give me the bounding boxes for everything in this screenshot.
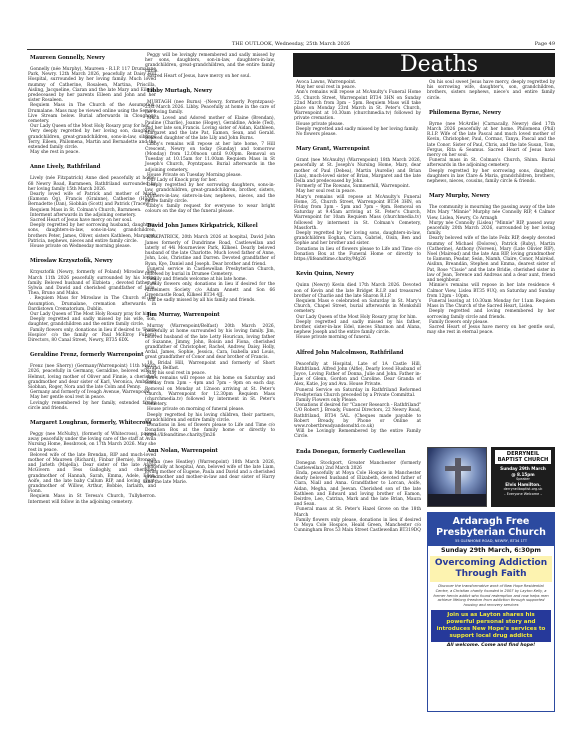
obituary-text: Mary's remains will repose at McAnulty's… bbox=[294, 195, 421, 231]
obituary-margaret-loughran: Margaret Loughran, formerly, Whitecross … bbox=[28, 420, 156, 505]
obituary-text: Requiem Mass in The Church of the Assump… bbox=[28, 103, 156, 124]
event-date: Sunday 29th March, 6:30pm bbox=[428, 546, 554, 556]
obituary-text: Very deeply regretted by her loving son,… bbox=[28, 129, 156, 150]
obituary-title: Mary Murphy, Newry bbox=[429, 193, 555, 199]
obituary-ann-nolan: Ann Nolan, Warrenpoint Nolan (nee Heatle… bbox=[145, 448, 275, 486]
obituary-text: Ann's remains will repose at McAnulty's … bbox=[294, 90, 421, 121]
obituary-mary-murphy: Mary Murphy, Newry The community is mour… bbox=[427, 193, 555, 335]
obituary-text: Funeral mass at St. Peter's Hazel Grove … bbox=[294, 507, 421, 517]
masthead: THE OUTLOOK, Wednesday, 25th March 2026 bbox=[27, 41, 555, 47]
event-description: Discover the transformative work of New … bbox=[428, 582, 554, 610]
obituary-text: No flowers please. bbox=[294, 132, 421, 137]
obituary-text: KIRKPATRICK, 20th March 2026 at hospital… bbox=[145, 235, 275, 266]
church-name: Ardaragh Free Presbyterian Church bbox=[428, 516, 554, 538]
obituary-text: On his soul sweet Jesus have mercy, deep… bbox=[427, 80, 555, 101]
obituary-text: Funeral Service on Saturday in Rathfrila… bbox=[294, 388, 421, 398]
obituary-title: Kevin Quinn, Newry bbox=[296, 271, 421, 277]
event-footer: All welcome. Come and find hope! bbox=[428, 642, 554, 650]
obituary-title: Geraldine Frenz, formerly Warrenpoint bbox=[30, 352, 156, 358]
obituary-text: Family flowers only, donations in lieu i… bbox=[28, 328, 156, 344]
obituary-text: Donations in lieu of flowers please to L… bbox=[145, 423, 275, 439]
obituary-text: Donations if desired for "Cancer Researc… bbox=[294, 403, 421, 429]
obituary-text: Sacred Heart of Jesus have mercy on her … bbox=[427, 325, 555, 335]
derryneil-baptist-ad: DERRYNEIL BAPTIST CHURCH Sunday 29th Mar… bbox=[491, 447, 555, 507]
obituary-text: May she rest in peace. bbox=[28, 150, 156, 155]
event-callout: Join us as Layton shares his powerful pe… bbox=[431, 610, 551, 642]
obituary-text: MURTAGH (nee Burns) -(Newry, formerly Po… bbox=[145, 100, 275, 116]
obituary-text: House private on Wednesday morning pleas… bbox=[28, 244, 156, 249]
obituary-title: Philomena Byrne, Newry bbox=[429, 110, 555, 116]
obituary-text: Enda, peacefully at Moya Cole Hospice in… bbox=[294, 471, 421, 507]
column-2: Peggy will be lovingly remembered and sa… bbox=[145, 53, 275, 495]
obituary-text: Krzysztofik (Newry, formerly of Poland) … bbox=[28, 270, 156, 296]
obituary-text: Donations in lieu of flowers please to L… bbox=[294, 247, 421, 263]
obituary-text: Sacred Heart of Jesus, have mercy on her… bbox=[145, 74, 275, 79]
obituary-text: Deeply regretted by her loving sons, dau… bbox=[294, 231, 421, 247]
obituary-title: Mary Grant, Warrenpoint bbox=[296, 146, 421, 152]
obituary-text: Deeply regretted by her sorrowing sons, … bbox=[427, 169, 555, 185]
obituary-text: Our Lady Queen of the Most Holy Rosary p… bbox=[294, 315, 421, 320]
obituary-text: Nolan (nee Heatley) (Warrenpoint) 18th M… bbox=[145, 460, 275, 486]
obituary-text: Funeral leaving at 10:30am Monday for 11… bbox=[427, 299, 555, 309]
ad-header-band: Ardaragh Free Presbyterian Church 55 GLE… bbox=[428, 513, 554, 546]
obituary-kevin-quinn: Kevin Quinn, Newry Quinn (Newry) Kevin d… bbox=[294, 271, 421, 340]
obituary-text: Requiem Mass e celebrated on Saturday in… bbox=[294, 299, 421, 315]
cross-image bbox=[427, 447, 487, 507]
obituary-title: Jim Murray, Warrenpoint bbox=[147, 312, 275, 318]
obituary-text: Peacefully at Hospital, Late of 1A Castl… bbox=[294, 362, 421, 388]
ad-title: DERRYNEIL BAPTIST CHURCH bbox=[495, 450, 551, 464]
column-1: Maureen Gonnelly, Newry Gonnelly (née Mu… bbox=[28, 53, 156, 514]
obituary-text: Deeply regretted and sadly missed by his… bbox=[28, 317, 156, 327]
obituary-text: Peggy will be lovingly remembered and sa… bbox=[145, 53, 275, 74]
obituary-alfred-malcolmson: Alfred John Malcolmson, Rathfriland Peac… bbox=[294, 350, 421, 440]
obituary-text: Requiem Mass in St Teresa's Church, Tull… bbox=[28, 494, 156, 504]
obituary-text: Funeral service in Castlewellan Presbyte… bbox=[145, 267, 275, 277]
page-header: THE OUTLOOK, Wednesday, 25th March 2026 … bbox=[27, 40, 555, 50]
obituary-title: Miroslaw Krzysztofik, Newry bbox=[30, 258, 156, 264]
obituary-text: Minnie's remains will repose in her late… bbox=[427, 283, 555, 299]
obituary-title: Enda Donegan, formerly Castlewellan bbox=[296, 449, 421, 455]
obituary-text: Peggy (nee McNulty), (formerly of Whitec… bbox=[28, 432, 156, 453]
obituary-text: Deeply regretted by her sorrowing husban… bbox=[28, 223, 156, 244]
obituary-jim-murray: Jim Murray, Warrenpoint Murray (Warrenpo… bbox=[145, 312, 275, 438]
obituary-philomena-byrne: Philomena Byrne, Newry Byrne (nee McArdl… bbox=[427, 110, 555, 184]
cross-arm bbox=[445, 466, 471, 471]
obituary-text: Deeply regretted by his loving children,… bbox=[145, 413, 275, 423]
obituary-text: Libby's family request for everyone to w… bbox=[145, 204, 275, 214]
obituary-text: Jim's remains will repose at his home on… bbox=[145, 376, 275, 407]
obituary-title: David John James Kirkpatrick, Kilkeel bbox=[147, 223, 275, 229]
obituary-text: Dearly beloved wife of the late Felix RI… bbox=[427, 236, 555, 283]
ardaragh-presbyterian-ad: Ardaragh Free Presbyterian Church 55 GLE… bbox=[427, 512, 555, 712]
obituary-margaret-loughran-cont: Peggy will be lovingly remembered and sa… bbox=[145, 53, 275, 79]
obituary-maureen-gonnelly: Maureen Gonnelly, Newry Gonnelly (née Mu… bbox=[28, 55, 156, 155]
obituary-text: Family flowers only please, donations in… bbox=[294, 518, 421, 534]
obituary-text: Byrne (nee McArdle) (Carnacally, Newry) … bbox=[427, 122, 555, 158]
obituary-text: Libby's remains will repose at her late … bbox=[145, 142, 275, 173]
obituary-text: Much Loved and Adored mother of Elaine (… bbox=[145, 116, 275, 142]
obituary-geraldine-frenz: Geraldine Frenz, formerly Warrenpoint Fr… bbox=[28, 352, 156, 411]
obituary-text: Lovingly remembered by her family, exten… bbox=[28, 401, 156, 411]
obituary-text: The community is mourning the passing aw… bbox=[427, 205, 555, 221]
obituary-text: Frenz (nee Sherry) (Germany/Warrenpoint)… bbox=[28, 364, 156, 390]
obituary-text: Gonnelly (née Murphy), Maureen - R.I.P. … bbox=[28, 67, 156, 103]
cross-ground bbox=[428, 494, 486, 506]
column-4: On his soul sweet Jesus have mercy, deep… bbox=[427, 80, 555, 344]
obituary-text: Deeply regretted by her sorrowing daught… bbox=[145, 183, 275, 204]
obituary-anne-lively: Anne Lively, Rathfriland Lively (née Fit… bbox=[28, 164, 156, 249]
obituary-text: House private morning of funeral. bbox=[294, 335, 421, 340]
obituary-enda-donegan-cont: On his soul sweet Jesus have mercy, deep… bbox=[427, 80, 555, 101]
obituary-text: Donegan Stockport, Greater Manchester (f… bbox=[294, 461, 421, 471]
obituary-text: Will be Lovingly Remembered by the entir… bbox=[294, 429, 421, 439]
column-3: Avoca Lawns, Warrenpoint. May her soul r… bbox=[294, 80, 421, 542]
obituary-text: . Requiem Mass for Miroslaw in The Churc… bbox=[28, 296, 156, 312]
event-headline: Overcoming Addiction Through Faith bbox=[430, 556, 552, 582]
obituary-text: Murray (Warrenpoint/Belfast) 20th March … bbox=[145, 324, 275, 360]
obituary-mary-grant: Mary Grant, Warrenpoint Grant (nee McAnu… bbox=[294, 146, 421, 262]
obituary-miroslaw-krzysztofik: Miroslaw Krzysztofik, Newry Krzysztofik … bbox=[28, 258, 156, 343]
obituary-text: Lively (née Fitzpatrick) Anne died peace… bbox=[28, 176, 156, 192]
obituary-libby-murtagh: Libby Murtagh, Newry MURTAGH (nee Burns)… bbox=[145, 88, 275, 214]
obituary-title: Alfred John Malcolmson, Rathfriland bbox=[296, 350, 421, 356]
obituary-text: Deeply regretted and sadly missed by his… bbox=[294, 320, 421, 336]
obituary-text: 18, Bridal Hill, Warrenpoint and formerl… bbox=[145, 361, 275, 371]
ad-welcome: – Everyone Welcome – bbox=[491, 492, 555, 497]
obituary-text: Deeply regretted and loving remembered b… bbox=[427, 309, 555, 319]
obituary-title: Anne Lively, Rathfriland bbox=[30, 164, 156, 170]
cross-icon bbox=[455, 458, 461, 498]
church-address: 55 GLENHONE ROAD, NEWRY, BT34 1TT bbox=[428, 538, 554, 544]
obituary-title: Margaret Loughran, formerly, Whitecross bbox=[30, 420, 156, 426]
obituary-text: Will be sadly missed by all his family a… bbox=[145, 298, 275, 303]
page-number: Page 49 bbox=[535, 41, 555, 47]
obituary-enda-donegan: Enda Donegan, formerly Castlewellan Done… bbox=[294, 449, 421, 534]
obituary-ann-nolan-cont: Avoca Lawns, Warrenpoint. May her soul r… bbox=[294, 80, 421, 137]
obituary-text: Murpy née Connolly (Lislea) "Minnie" RIP… bbox=[427, 221, 555, 237]
obituary-text: Family flowers only, donations in lieu i… bbox=[145, 282, 275, 298]
obituary-text: Beloved wife of the late Brendan, RIP an… bbox=[28, 453, 156, 495]
ad-date: Sunday 29th March bbox=[491, 466, 555, 472]
obituary-david-kirkpatrick: David John James Kirkpatrick, Kilkeel KI… bbox=[145, 223, 275, 303]
obituary-text: Funeral mass in St. Colman's Church, Shi… bbox=[427, 158, 555, 168]
obituary-text: Grant (nee McAnulty) (Warrenpoint) 18th … bbox=[294, 158, 421, 184]
section-title-deaths: Deaths bbox=[293, 53, 555, 77]
obituary-title: Libby Murtagh, Newry bbox=[147, 88, 275, 94]
obituary-text: Dearly loved wife of Patrick and mother … bbox=[28, 192, 156, 208]
obituary-title: Ann Nolan, Warrenpoint bbox=[147, 448, 275, 454]
obituary-title: Maureen Gonnelly, Newry bbox=[30, 55, 156, 61]
obituary-text: Quinn (Newry) Kevin died 17th March 2026… bbox=[294, 283, 421, 299]
